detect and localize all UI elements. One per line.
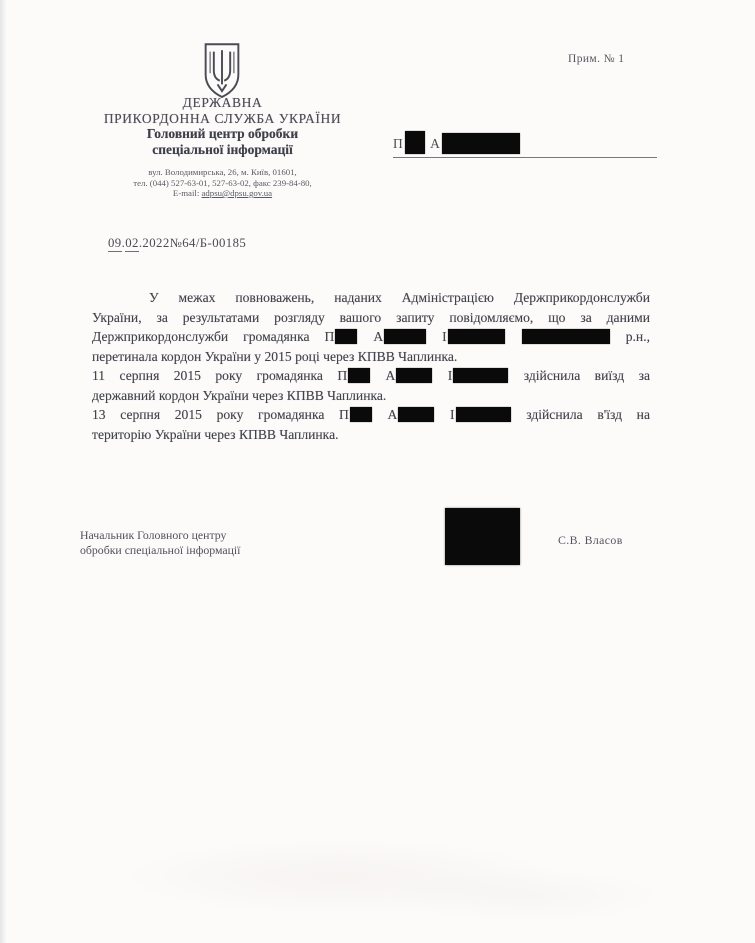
signer-title-line2: обробки спеціальної інформації <box>80 543 240 558</box>
copy-number-note: Прим. № 1 <box>568 53 624 65</box>
redacted-signature-stamp <box>445 508 520 565</box>
redaction-box <box>348 368 370 383</box>
org-name-line1: ДЕРЖАВНА <box>60 95 385 111</box>
scanned-letter-page: ДЕРЖАВНА ПРИКОРДОННА СЛУЖБА УКРАЇНИ Голо… <box>0 0 755 943</box>
body-text: У межах повноважень, наданих Адміністрац… <box>92 288 650 444</box>
redaction-box <box>398 407 434 422</box>
org-address: вул. Володимирська, 26, м. Київ, 01601, … <box>60 167 385 199</box>
redaction-box <box>335 329 357 344</box>
body-line: Держприкордонслужби громадянка П А І р.н… <box>92 327 650 347</box>
address-street: вул. Володимирська, 26, м. Київ, 01601, <box>60 167 385 178</box>
org-center-line1: Головний центр обробки <box>60 126 385 142</box>
body-line: України, за результатами розгляду вашого… <box>92 308 650 328</box>
body-line: 13 серпня 2015 року громадянка П А І зді… <box>92 405 650 425</box>
redaction-box <box>350 407 372 422</box>
redaction-box <box>448 329 505 344</box>
email-label: E-mail: <box>173 188 202 198</box>
org-center-line2: спеціальної інформації <box>60 142 385 158</box>
address-phone: тел. (044) 527-63-01, 527-63-02, факс 23… <box>60 178 385 189</box>
redaction-box <box>442 133 520 154</box>
email-address: adpsu@dpsu.gov.ua <box>202 188 273 198</box>
org-name-line2: ПРИКОРДОННА СЛУЖБА УКРАЇНИ <box>60 111 385 127</box>
body-line: державний кордон України через КПВВ Чапл… <box>92 386 650 406</box>
underlined-text: 02 <box>125 236 139 252</box>
address-email-line: E-mail: adpsu@dpsu.gov.ua <box>60 188 385 199</box>
redaction-box <box>384 329 426 344</box>
body-line: перетинала кордон України у 2015 році че… <box>92 347 650 367</box>
recipient-line: П А <box>393 131 657 158</box>
reference-number: 09.02.2022№64/Б-00185 <box>108 236 246 251</box>
redaction-box <box>396 368 432 383</box>
body-line: 11 серпня 2015 року громадянка П А І зді… <box>92 366 650 386</box>
letterhead: ДЕРЖАВНА ПРИКОРДОННА СЛУЖБА УКРАЇНИ Голо… <box>60 95 385 199</box>
redaction-box <box>453 368 508 383</box>
signer-title-line1: Начальник Головного центру <box>80 528 240 543</box>
body-line: У межах повноважень, наданих Адміністрац… <box>92 288 650 308</box>
redaction-box <box>405 131 425 154</box>
redaction-box <box>456 407 511 422</box>
redaction-box <box>522 329 610 344</box>
signer-name: С.В. Власов <box>558 533 623 548</box>
underlined-text: 09 <box>108 236 122 252</box>
signer-title: Начальник Головного центру обробки спеці… <box>80 528 240 557</box>
body-line: територію України через КПВВ Чаплинка. <box>92 425 650 445</box>
ukraine-trident-emblem-icon <box>197 42 247 100</box>
